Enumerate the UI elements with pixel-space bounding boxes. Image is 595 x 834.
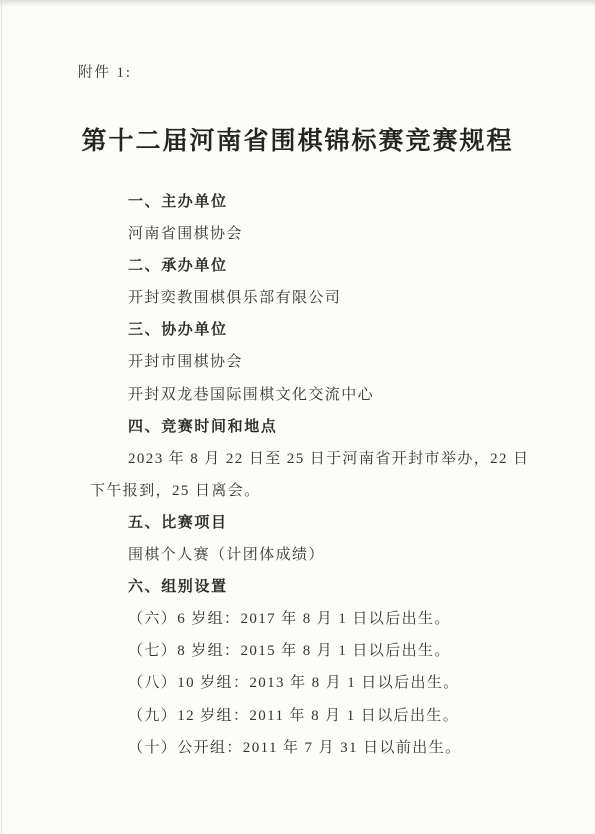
section-heading-time-place: 四、竞赛时间和地点 [90, 411, 560, 443]
document-page: 附件 1: 第十二届河南省围棋锦标赛竞赛规程 一、主办单位 河南省围棋协会 二、… [0, 0, 595, 834]
paragraph-coorganizer-1: 开封市围棋协会 [90, 346, 560, 378]
paragraph-time-place-line2: 下午报到，25 日离会。 [90, 475, 560, 507]
scan-top-edge [0, 0, 595, 7]
section-heading-undertaker: 二、承办单位 [90, 250, 560, 282]
attachment-label: 附件 1: [78, 61, 132, 82]
section-heading-events: 五、比赛项目 [90, 507, 560, 539]
paragraph-group-age10: （八）10 岁组：2013 年 8 月 1 日以后出生。 [90, 667, 560, 699]
paragraph-group-age8: （七）8 岁组：2015 年 8 月 1 日以后出生。 [90, 635, 560, 667]
paragraph-coorganizer-2: 开封双龙巷国际围棋文化交流中心 [90, 379, 560, 411]
document-title: 第十二届河南省围棋锦标赛竞赛规程 [0, 121, 595, 157]
paragraph-undertaker-name: 开封奕教围棋俱乐部有限公司 [90, 282, 560, 314]
section-heading-groups: 六、组别设置 [90, 571, 560, 603]
section-heading-organizer: 一、主办单位 [90, 186, 560, 218]
paragraph-events: 围棋个人赛（计团体成绩） [90, 539, 560, 571]
paragraph-organizer-name: 河南省围棋协会 [90, 218, 560, 250]
paragraph-group-open: （十）公开组：2011 年 7 月 31 日以前出生。 [90, 732, 560, 764]
section-heading-coorganizer: 三、协办单位 [90, 314, 560, 346]
document-body: 一、主办单位 河南省围棋协会 二、承办单位 开封奕教围棋俱乐部有限公司 三、协办… [90, 186, 560, 764]
paragraph-time-place-line1: 2023 年 8 月 22 日至 25 日于河南省开封市举办，22 日 [90, 443, 560, 475]
paragraph-group-age6: （六）6 岁组：2017 年 8 月 1 日以后出生。 [90, 603, 560, 635]
paragraph-group-age12: （九）12 岁组：2011 年 8 月 1 日以后出生。 [90, 700, 560, 732]
